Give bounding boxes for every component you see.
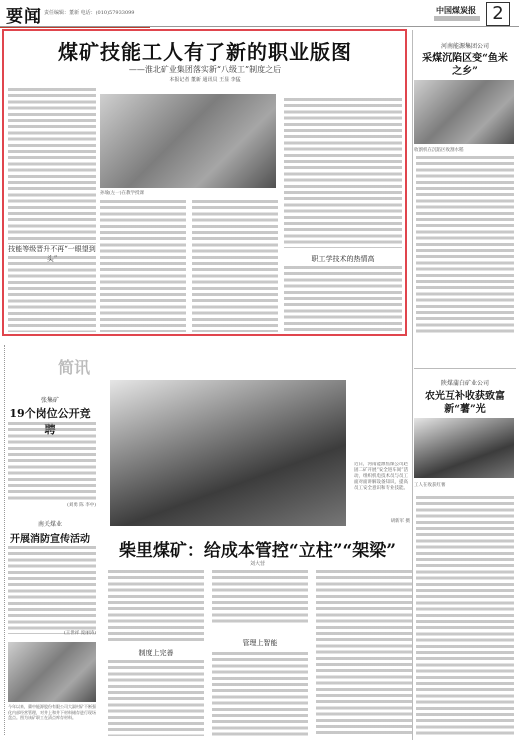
right-story2-caption: 工人在收获红薯 [414,482,514,488]
lead-article-title: 煤矿技能工人有了新的职业版图 [0,36,410,65]
page-number: 2 [486,2,510,26]
brief-title-2: 开展消防宣传活动 [4,530,96,545]
editor-info: 责任编辑：董新 电话：(010)57933099 [44,9,135,16]
bottom-body-col3 [316,570,412,736]
brief-body-2 [8,546,96,634]
newspaper-brand: 中国煤炭报 [436,5,476,16]
right-story1-photo [414,80,514,144]
bottom-article-byline: 刘大营 [100,560,415,567]
lead-article-body-col3 [192,200,278,332]
lead-article-body-col4 [284,98,402,248]
lead-article-body-col1 [8,88,96,244]
control-panel-photo [110,380,346,526]
brief-photo [8,642,96,702]
brief-org-2: 南关煤业 [4,519,96,528]
lead-article-body-col4b [284,266,402,332]
header-accent-line [0,27,150,28]
brief-body-1 [8,422,96,500]
lead-article-body-col1b [8,256,96,332]
bottom-body-col1a [108,570,204,644]
right-story2-body [416,496,514,736]
right-column-separator [414,368,516,369]
lead-article-body-col2 [100,200,186,332]
bottom-body-col2b [212,652,308,736]
classroom-photo [100,94,276,188]
control-panel-caption: 近日，河南能源焦煤公司赵固二矿开展“安全进车间”活动，组织机电技术员与员工面对面… [354,462,410,512]
issue-date-bar [434,16,480,21]
bottom-body-col2a [212,570,308,626]
bottom-section-head-2: 管理上智能 [212,638,308,648]
right-story1-org: 河南能源集团公司 [414,41,516,50]
lead-article-byline: 本报记者 董新 通讯员 王显 李猛 [0,76,410,83]
right-story2-org: 陕煤蒲白矿业公司 [414,378,516,387]
brief-credit-2: (王世祥 庞丽涛) [40,630,96,636]
lead-section-head-2: 职工学技术的热情高 [284,254,402,264]
brief-credit-1: (刘勇 陈 李中) [50,502,96,508]
right-story2-title: 农光互补收获致富新“薯”光 [420,390,510,416]
classroom-photo-caption: 孙瑜(左一)在教学授课 [100,190,276,196]
brief-org-1: 张集矿 [4,395,96,404]
brief-column-label: 简讯 [8,355,96,383]
right-story1-caption: 收割机在沉陷区收割水稻 [414,147,514,153]
right-story1-body [416,156,514,336]
bottom-section-head-1: 制度上完善 [108,648,204,658]
bottom-article-title: 柴里煤矿：给成本管控“立柱”“架梁” [100,536,415,561]
section-title: 要闻 [6,2,42,27]
brief-photo-caption: 今年以来，冀中能源股份有限公司大淑村矿不断强化内部经营管理，对井上和井下材料储存… [8,704,96,734]
right-story2-photo [414,418,514,478]
lead-article-subtitle: ——淮北矿业集团落实新“八级工”制度之后 [0,64,410,75]
right-column-divider [412,30,413,740]
right-story1-title: 采煤沉陷区变“鱼米之乡” [420,52,510,78]
control-panel-credit: 胡新军 摄 [380,518,410,524]
bottom-body-col1b [108,660,204,736]
